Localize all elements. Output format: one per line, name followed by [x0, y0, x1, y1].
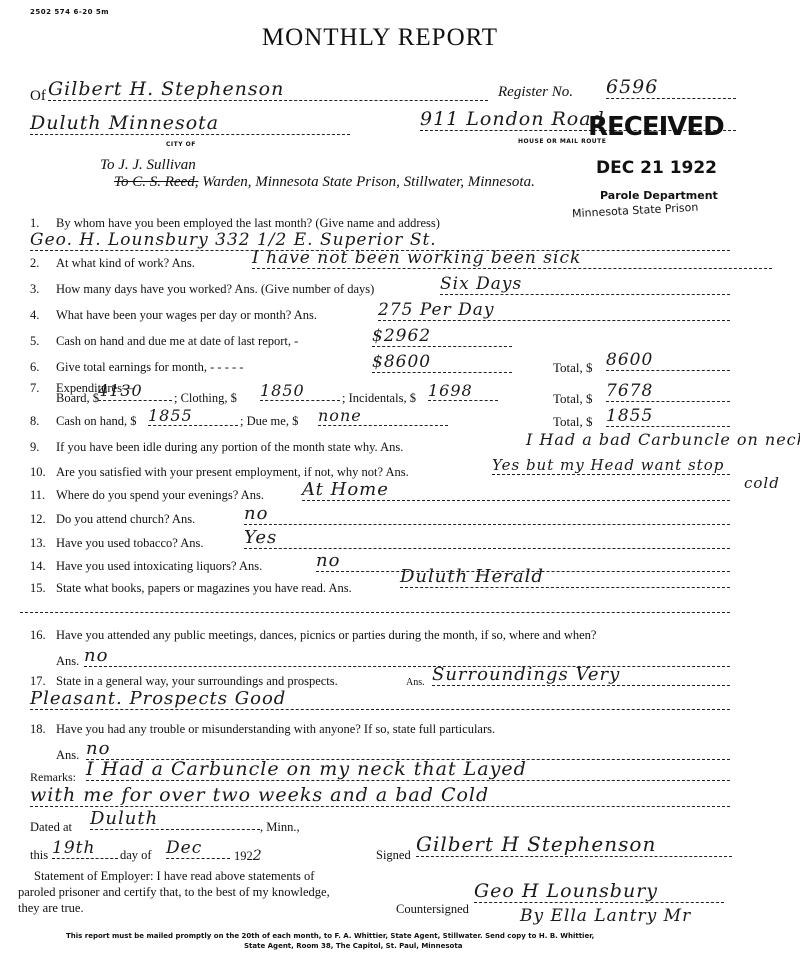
q12-number: 12. — [30, 512, 56, 527]
q9-number: 9. — [30, 440, 56, 455]
remarks-line-2: with me for over two weeks and a bad Col… — [30, 784, 730, 807]
q3-number: 3. — [30, 282, 56, 297]
q13-number: 13. — [30, 536, 56, 551]
employer-statement: Statement of Employer: I have read above… — [18, 868, 336, 916]
signature-name: Gilbert H Stephenson — [416, 832, 732, 857]
q14-number: 14. — [30, 559, 56, 574]
q12-answer: no — [244, 503, 730, 525]
q8-total: 1855 — [606, 406, 730, 427]
page-title: MONTHLY REPORT — [0, 24, 760, 52]
q17-answer-cont: Pleasant. Prospects Good — [30, 688, 730, 710]
cash-on-hand: 1855 — [148, 406, 238, 426]
q8-number: 8. — [30, 414, 56, 429]
day-of-label: day of — [120, 848, 152, 863]
q8-text: Cash on hand, $ — [56, 414, 137, 428]
city-caption: CITY OF — [166, 141, 196, 148]
stamp-line-2: Minnesota State Prison — [572, 201, 699, 221]
q13-answer: Yes — [244, 527, 730, 549]
q5-text: Cash on hand and due me at date of last … — [56, 334, 298, 348]
clothing-amount: 1850 — [260, 381, 340, 401]
footer-line-1: This report must be mailed promptly on t… — [66, 932, 594, 940]
q4-number: 4. — [30, 308, 56, 323]
q15-answer: Duluth Herald — [400, 566, 730, 588]
q6-text: Give total earnings for month, - - - - - — [56, 360, 243, 374]
q15-number: 15. — [30, 581, 56, 596]
q5-number: 5. — [30, 334, 56, 349]
q6-total: 8600 — [606, 350, 730, 371]
dated-day: 19th — [52, 838, 118, 859]
q2-text: At what kind of work? Ans. — [56, 256, 195, 270]
q6-answer: $8600 — [372, 352, 512, 373]
clothing-label: ; Clothing, $ — [174, 391, 237, 406]
q6-number: 6. — [30, 360, 56, 375]
stamp-date: DEC 21 1922 — [596, 158, 717, 178]
q3-answer: Six Days — [440, 274, 730, 295]
q11-number: 11. — [30, 488, 56, 503]
remarks-label: Remarks: — [30, 770, 76, 785]
q2-number: 2. — [30, 256, 56, 271]
q15-extra-line — [20, 612, 730, 613]
q18-number: 18. — [30, 722, 56, 737]
register-label: Register No. — [498, 84, 573, 101]
q6-total-label: Total, $ — [553, 360, 593, 376]
warden-line: Warden, Minnesota State Prison, Stillwat… — [202, 174, 535, 190]
q1-text: By whom have you been employed the last … — [56, 216, 440, 230]
this-label: this — [30, 848, 48, 863]
incidentals-label: ; Incidentals, $ — [342, 391, 416, 406]
q10-answer-cont: cold — [744, 474, 780, 492]
city: Duluth Minnesota — [30, 112, 350, 135]
form-code: 2502 574 6-20 5m — [30, 8, 109, 16]
q5-answer: $2962 — [372, 326, 512, 347]
struck-name: To C. S. Reed, — [114, 174, 198, 190]
countersigned-name: Geo H Lounsbury — [474, 880, 724, 903]
q11-text: Where do you spend your evenings? Ans. — [56, 488, 264, 502]
board-amount: 4130 — [98, 381, 172, 401]
to-line: To J. J. Sullivan — [100, 157, 196, 174]
q18-answer: no — [86, 738, 730, 760]
register-number: 6596 — [606, 76, 736, 99]
q16-number: 16. — [30, 628, 56, 643]
q7-total-label: Total, $ — [553, 391, 593, 407]
board-label: Board, $ — [56, 391, 99, 406]
signed-label: Signed — [376, 848, 411, 863]
q10-number: 10. — [30, 465, 56, 480]
dated-label: Dated at — [30, 820, 72, 835]
q17-number: 17. — [30, 674, 56, 689]
q12-text: Do you attend church? Ans. — [56, 512, 195, 526]
q8-total-label: Total, $ — [553, 414, 593, 430]
q13-text: Have you used tobacco? Ans. — [56, 536, 204, 550]
q16-ans-label: Ans. — [56, 654, 79, 669]
prisoner-name: Gilbert H. Stephenson — [48, 78, 488, 101]
due-me: none — [318, 406, 448, 426]
q3-text: How many days have you worked? Ans. (Giv… — [56, 282, 374, 296]
incidentals-amount: 1698 — [428, 381, 498, 401]
q15-text: State what books, papers or magazines yo… — [56, 581, 352, 595]
q10-text: Are you satisfied with your present empl… — [56, 465, 409, 479]
q18-ans-label: Ans. — [56, 748, 79, 763]
q4-text: What have been your wages per day or mon… — [56, 308, 317, 322]
year-prefix: 192 — [234, 849, 253, 863]
q9-text: If you have been idle during any portion… — [56, 440, 403, 454]
of-label: Of — [30, 88, 46, 105]
q14-text: Have you used intoxicating liquors? Ans. — [56, 559, 262, 573]
countersigned-by: By Ella Lantry Mr — [520, 906, 691, 926]
q16-text: Have you attended any public meetings, d… — [56, 628, 596, 642]
q2-answer: I have not been working been sick — [252, 248, 772, 269]
q18-text: Have you had any trouble or misunderstan… — [56, 722, 495, 736]
dated-month: Dec — [166, 838, 230, 859]
countersigned-label: Countersigned — [396, 902, 469, 917]
received-stamp: RECEIVED — [588, 112, 724, 142]
stamp-line-1: Parole Department — [600, 189, 718, 202]
q7-number: 7. — [30, 381, 56, 396]
q11-answer: At Home — [302, 479, 730, 501]
dated-place: Duluth — [90, 808, 260, 830]
q17-answer: Surroundings Very — [432, 664, 730, 686]
dated-state: , Minn., — [260, 820, 300, 835]
q17-text: State in a general way, your surrounding… — [56, 674, 338, 688]
footer-line-2: State Agent, Room 38, The Capitol, St. P… — [244, 942, 462, 950]
q7-total: 7678 — [606, 381, 730, 402]
q4-answer: 275 Per Day — [378, 300, 730, 321]
q9-answer: I Had a bad Carbuncle on neck — [526, 430, 800, 449]
q17-ans-label: Ans. — [406, 677, 425, 688]
q10-answer: Yes but my Head want stop — [492, 456, 730, 475]
due-label: ; Due me, $ — [240, 414, 298, 429]
remarks-line-1: I Had a Carbuncle on my neck that Layed — [86, 758, 730, 781]
year-suffix: 2 — [253, 848, 263, 864]
q1-number: 1. — [30, 216, 56, 231]
